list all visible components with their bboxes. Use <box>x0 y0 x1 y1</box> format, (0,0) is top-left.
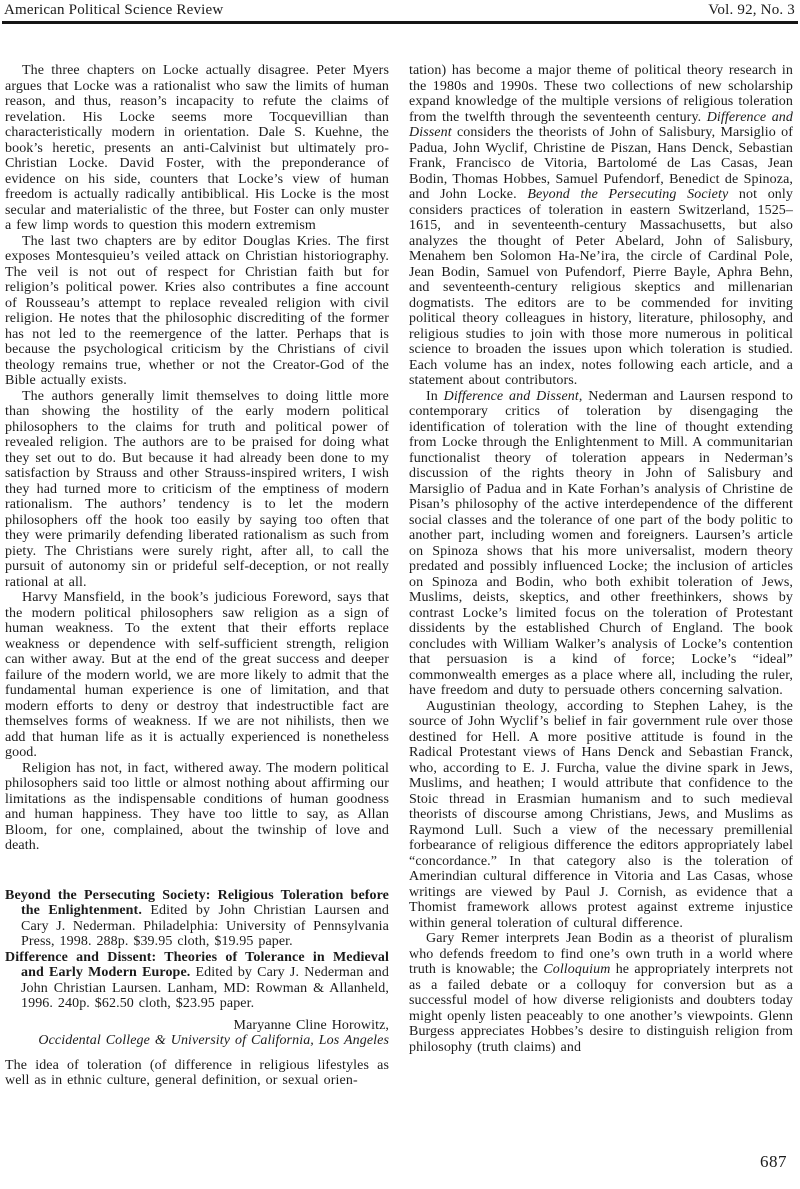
paragraph: Harvy Mansfield, in the book’s judicious… <box>5 590 389 761</box>
reviewer-name: Maryanne Cline Horowitz, <box>5 1018 389 1034</box>
paragraph: The authors generally limit themselves t… <box>5 389 389 591</box>
section-gap <box>5 854 389 888</box>
body-text: The three chapters on Locke actually dis… <box>5 63 389 233</box>
body-text: Harvy Mansfield, in the book’s judicious… <box>5 590 389 760</box>
book-citation: Beyond the Persecuting Society: Religiou… <box>5 888 389 950</box>
book-citations: Beyond the Persecuting Society: Religiou… <box>5 888 389 1012</box>
paragraph: In Difference and Dissent, Nederman and … <box>409 389 793 699</box>
body-text: , Nederman and Laursen respond to contem… <box>409 389 793 699</box>
page-header: American Political Science Review Vol. 9… <box>4 2 795 19</box>
body-text: In <box>426 389 444 404</box>
left-column: The three chapters on Locke actually dis… <box>5 63 389 1089</box>
body-text: The idea of toleration (of difference in… <box>5 1058 389 1089</box>
body-text: The last two chapters are by editor Doug… <box>5 234 389 389</box>
paragraph: Augustinian theology, according to Steph… <box>409 699 793 932</box>
page-number: 687 <box>760 1152 787 1172</box>
paragraph: The three chapters on Locke actually dis… <box>5 63 389 234</box>
book-citation: Difference and Dissent: Theories of Tole… <box>5 950 389 1012</box>
issue-label: Vol. 92, No. 3 <box>708 2 795 19</box>
reviewer-affiliation: Occidental College & University of Calif… <box>5 1033 389 1049</box>
reviewer-block: Maryanne Cline Horowitz, Occidental Coll… <box>5 1018 389 1049</box>
body-text: The authors generally limit themselves t… <box>5 389 389 590</box>
italic-text: Beyond the Persecuting Society <box>527 187 728 202</box>
body-text: Augustinian theology, according to Steph… <box>409 699 793 931</box>
body-text: Religion has not, in fact, withered away… <box>5 761 389 854</box>
right-column: tation) has become a major theme of poli… <box>409 63 793 1055</box>
paragraph: tation) has become a major theme of poli… <box>409 63 793 389</box>
italic-text: Difference and Dissent <box>444 389 579 404</box>
body-text: not only considers practices of tolerati… <box>409 187 793 388</box>
italic-text: Colloquium <box>543 962 610 977</box>
review-opening: The idea of toleration (of difference in… <box>5 1058 389 1089</box>
right-column-text: tation) has become a major theme of poli… <box>409 63 793 1055</box>
paragraph: Religion has not, in fact, withered away… <box>5 761 389 854</box>
journal-page: American Political Science Review Vol. 9… <box>0 0 800 1189</box>
paragraph: Gary Remer interprets Jean Bodin as a th… <box>409 931 793 1055</box>
paragraph: The last two chapters are by editor Doug… <box>5 234 389 389</box>
paragraph: The idea of toleration (of difference in… <box>5 1058 389 1089</box>
header-rule <box>2 21 798 24</box>
journal-title: American Political Science Review <box>4 2 223 19</box>
left-column-text: The three chapters on Locke actually dis… <box>5 63 389 854</box>
